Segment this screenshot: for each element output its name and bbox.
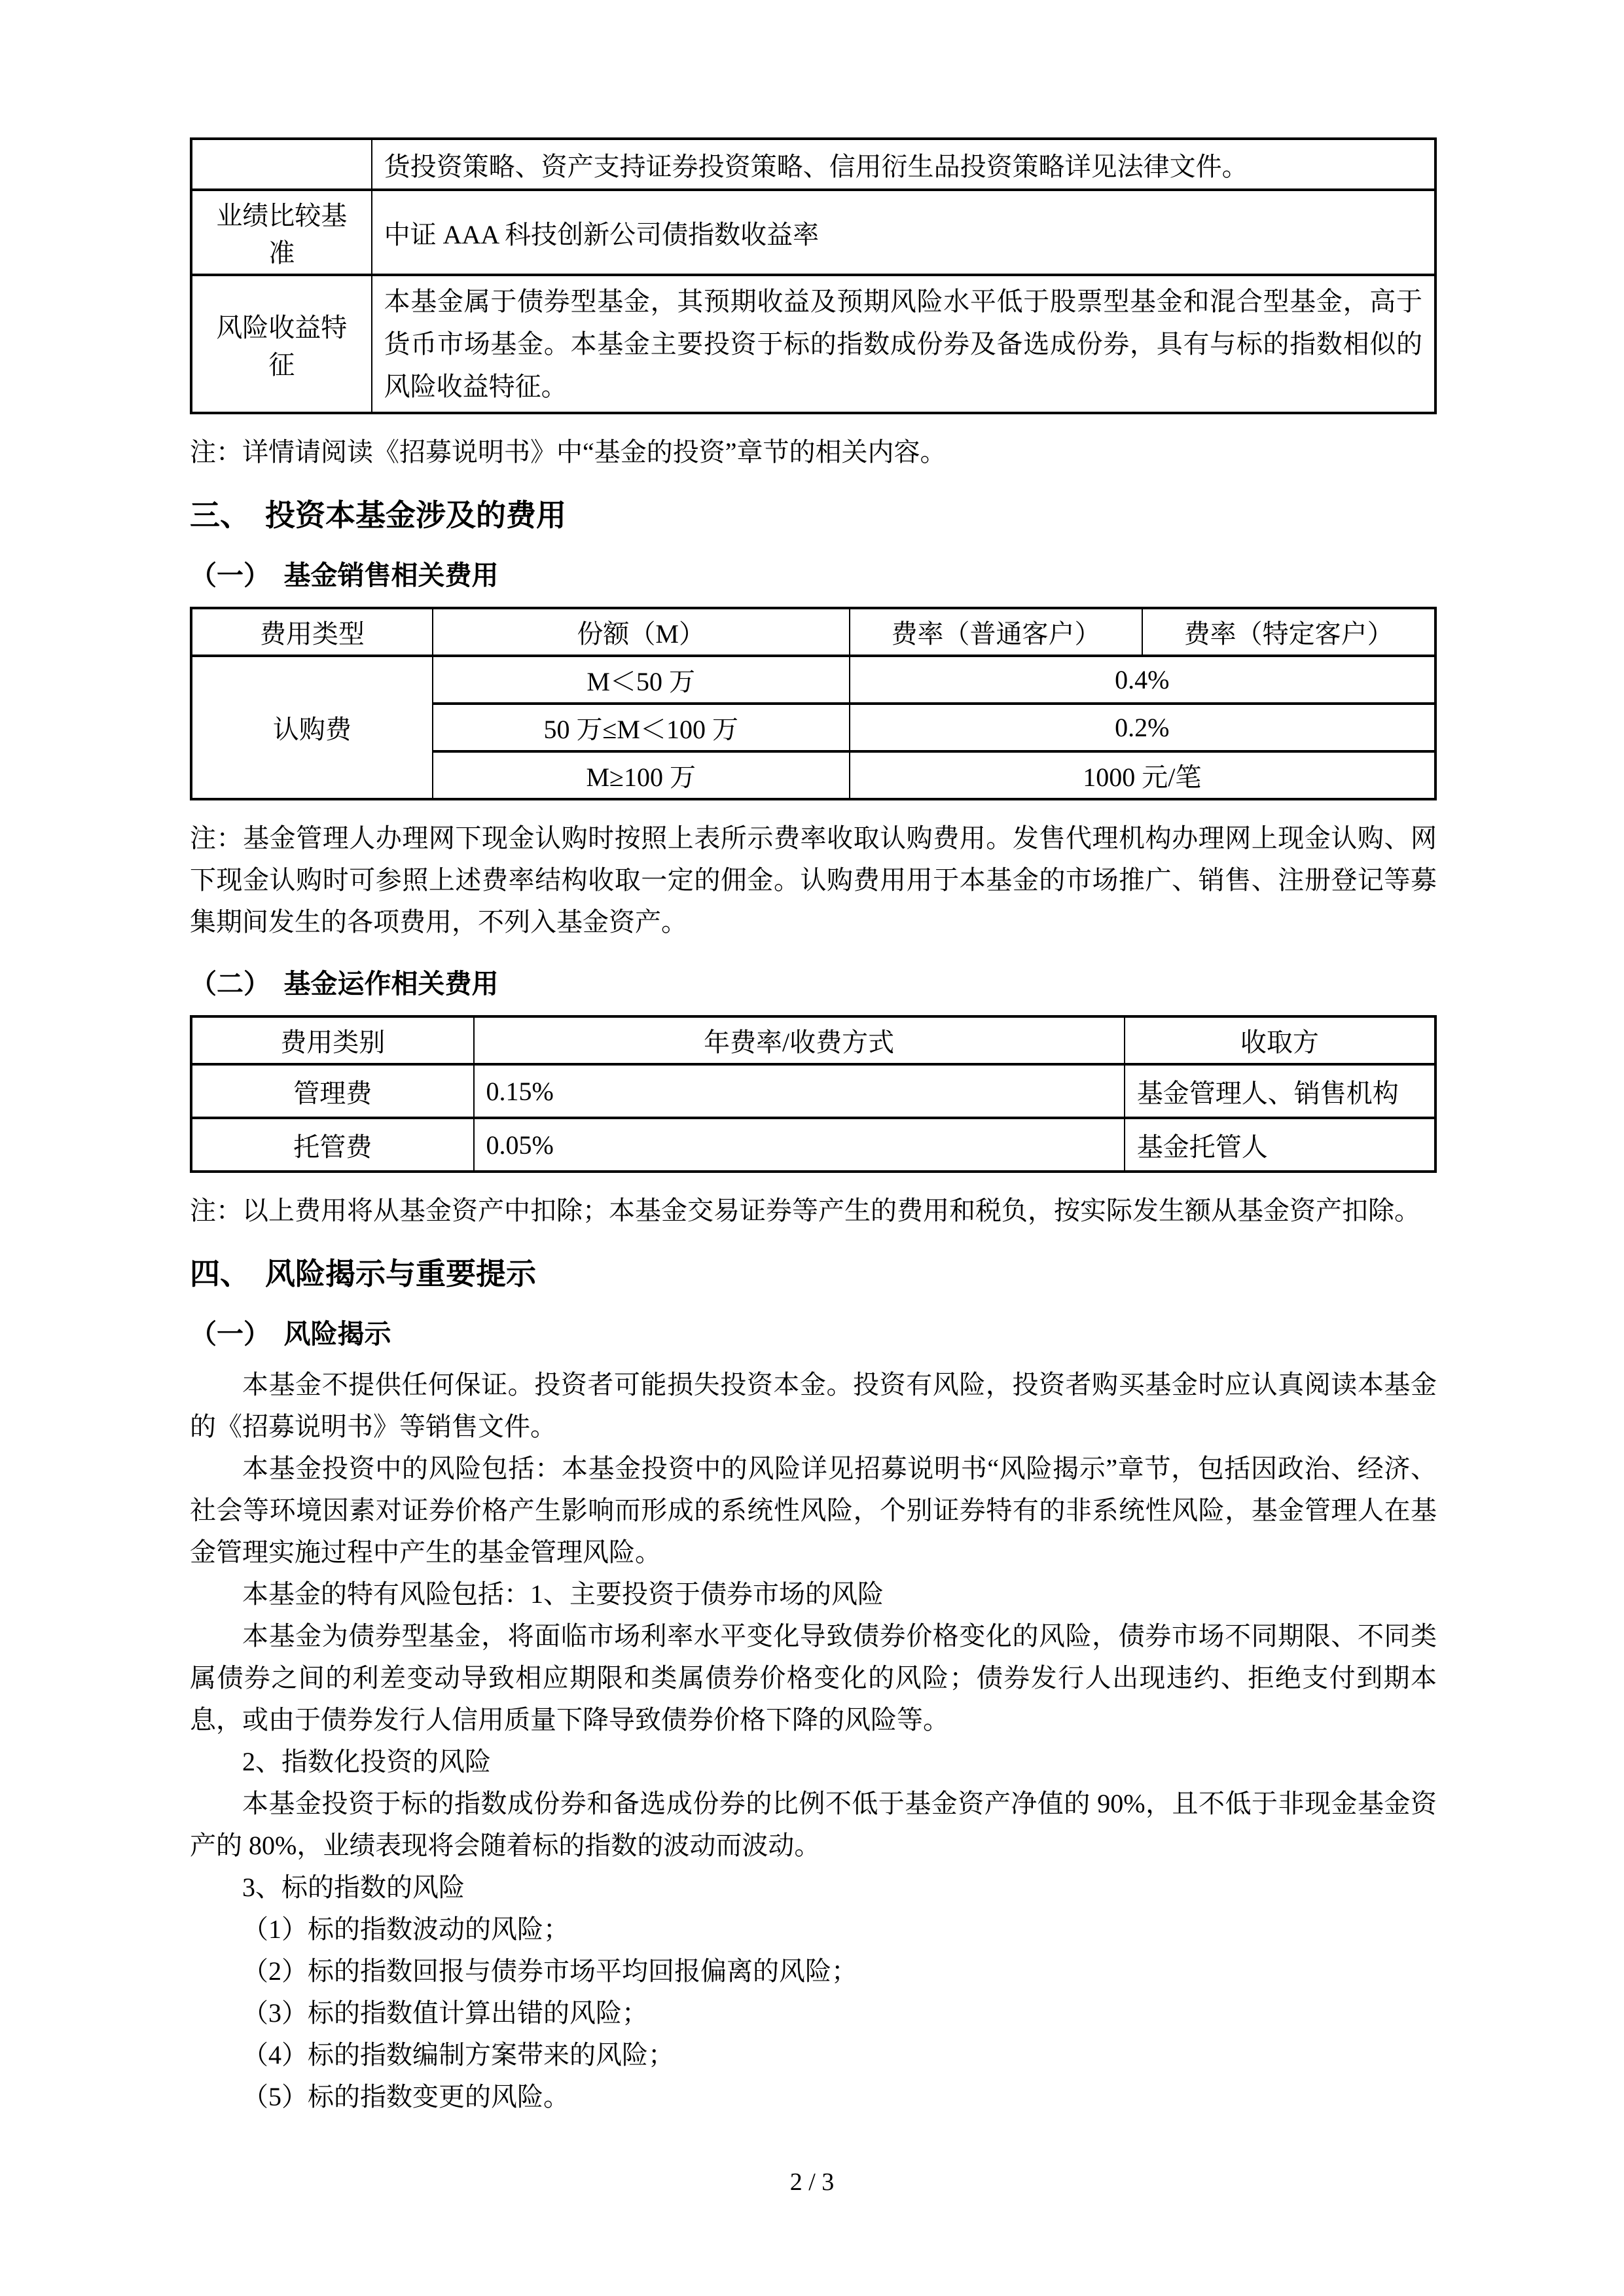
strategy-continuation-label-cell xyxy=(191,139,372,190)
table-row: 托管费 0.05% 基金托管人 xyxy=(191,1118,1435,1172)
rate-cell: 1000 元/笔 xyxy=(850,751,1435,799)
column-header: 费率（普通客户） xyxy=(850,608,1143,656)
fund-characteristics-table: 货投资策略、资产支持证券投资策略、信用衍生品投资策略详见法律文件。 业绩比较基准… xyxy=(190,137,1437,414)
table-row: 认购费 M＜50 万 0.4% xyxy=(191,656,1435,704)
risk-paragraph: 2、指数化投资的风险 xyxy=(190,1741,1437,1783)
risk-paragraph: （1）标的指数波动的风险； xyxy=(190,1909,1437,1950)
collector-cell: 基金托管人 xyxy=(1125,1118,1435,1172)
risk-paragraph: 3、标的指数的风险 xyxy=(190,1867,1437,1909)
investment-note: 注：详情请阅读《招募说明书》中“基金的投资”章节的相关内容。 xyxy=(190,431,1437,473)
section-3-heading: 三、 投资本基金涉及的费用 xyxy=(190,495,1437,535)
column-header: 收取方 xyxy=(1125,1016,1435,1064)
column-header: 年费率/收费方式 xyxy=(474,1016,1125,1064)
risk-paragraph: 本基金投资中的风险包括：本基金投资中的风险详见招募说明书“风险揭示”章节，包括因… xyxy=(190,1448,1437,1573)
tier-cell: 50 万≤M＜100 万 xyxy=(433,704,850,751)
risk-paragraph: 本基金为债券型基金，将面临市场利率水平变化导致债券价格变化的风险，债券市场不同期… xyxy=(190,1615,1437,1741)
tier-cell: M≥100 万 xyxy=(433,751,850,799)
table-row: 风险收益特征 本基金属于债券型基金，其预期收益及预期风险水平低于股票型基金和混合… xyxy=(191,275,1435,413)
benchmark-value-cell: 中证 AAA 科技创新公司债指数收益率 xyxy=(372,190,1435,275)
column-header: 份额（M） xyxy=(433,608,850,656)
fee-category-cell: 管理费 xyxy=(191,1064,474,1118)
page-number: 2 / 3 xyxy=(0,2168,1624,2197)
table-header-row: 费用类别 年费率/收费方式 收取方 xyxy=(191,1016,1435,1064)
table-row: 管理费 0.15% 基金管理人、销售机构 xyxy=(191,1064,1435,1118)
rate-cell: 0.4% xyxy=(850,656,1435,704)
operating-fees-heading: （二） 基金运作相关费用 xyxy=(190,965,1437,1002)
table-header-row: 费用类型 份额（M） 费率（普通客户） 费率（特定客户） xyxy=(191,608,1435,656)
strategy-continuation-value-cell: 货投资策略、资产支持证券投资策略、信用衍生品投资策略详见法律文件。 xyxy=(372,139,1435,190)
fee-category-cell: 托管费 xyxy=(191,1118,474,1172)
sales-fees-heading: （一） 基金销售相关费用 xyxy=(190,557,1437,594)
risk-paragraph: （2）标的指数回报与债券市场平均回报偏离的风险； xyxy=(190,1950,1437,1992)
risk-paragraph: （5）标的指数变更的风险。 xyxy=(190,2076,1437,2118)
risk-paragraph: （4）标的指数编制方案带来的风险； xyxy=(190,2034,1437,2076)
tier-cell: M＜50 万 xyxy=(433,656,850,704)
risk-paragraph: 本基金不提供任何保证。投资者可能损失投资本金。投资有风险，投资者购买基金时应认真… xyxy=(190,1364,1437,1448)
risk-return-label-cell: 风险收益特征 xyxy=(191,275,372,413)
document-page: 货投资策略、资产支持证券投资策略、信用衍生品投资策略详见法律文件。 业绩比较基准… xyxy=(0,0,1624,2296)
column-header: 费用类别 xyxy=(191,1016,474,1064)
subscription-fee-note: 注：基金管理人办理网下现金认购时按照上表所示费率收取认购费用。发售代理机构办理网… xyxy=(190,817,1437,943)
operating-fee-table: 费用类别 年费率/收费方式 收取方 管理费 0.15% 基金管理人、销售机构 托… xyxy=(190,1015,1437,1173)
risk-return-value-cell: 本基金属于债券型基金，其预期收益及预期风险水平低于股票型基金和混合型基金，高于货… xyxy=(372,275,1435,413)
fee-type-cell: 认购费 xyxy=(191,656,433,799)
risk-paragraph: 本基金的特有风险包括：1、主要投资于债券市场的风险 xyxy=(190,1573,1437,1615)
risk-paragraph: （3）标的指数值计算出错的风险； xyxy=(190,1992,1437,2034)
column-header: 费率（特定客户） xyxy=(1142,608,1435,656)
subscription-fee-table: 费用类型 份额（M） 费率（普通客户） 费率（特定客户） 认购费 M＜50 万 … xyxy=(190,607,1437,800)
section-4-heading: 四、 风险揭示与重要提示 xyxy=(190,1254,1437,1293)
operating-fee-note: 注：以上费用将从基金资产中扣除；本基金交易证券等产生的费用和税负，按实际发生额从… xyxy=(190,1190,1437,1232)
risk-paragraph: 本基金投资于标的指数成份券和备选成份券的比例不低于基金资产净值的 90%，且不低… xyxy=(190,1783,1437,1867)
rate-cell: 0.2% xyxy=(850,704,1435,751)
annual-rate-cell: 0.15% xyxy=(474,1064,1125,1118)
table-row: 货投资策略、资产支持证券投资策略、信用衍生品投资策略详见法律文件。 xyxy=(191,139,1435,190)
collector-cell: 基金管理人、销售机构 xyxy=(1125,1064,1435,1118)
annual-rate-cell: 0.05% xyxy=(474,1118,1125,1172)
risk-disclosure-heading: （一） 风险揭示 xyxy=(190,1316,1437,1352)
table-row: 业绩比较基准 中证 AAA 科技创新公司债指数收益率 xyxy=(191,190,1435,275)
column-header: 费用类型 xyxy=(191,608,433,656)
benchmark-label-cell: 业绩比较基准 xyxy=(191,190,372,275)
